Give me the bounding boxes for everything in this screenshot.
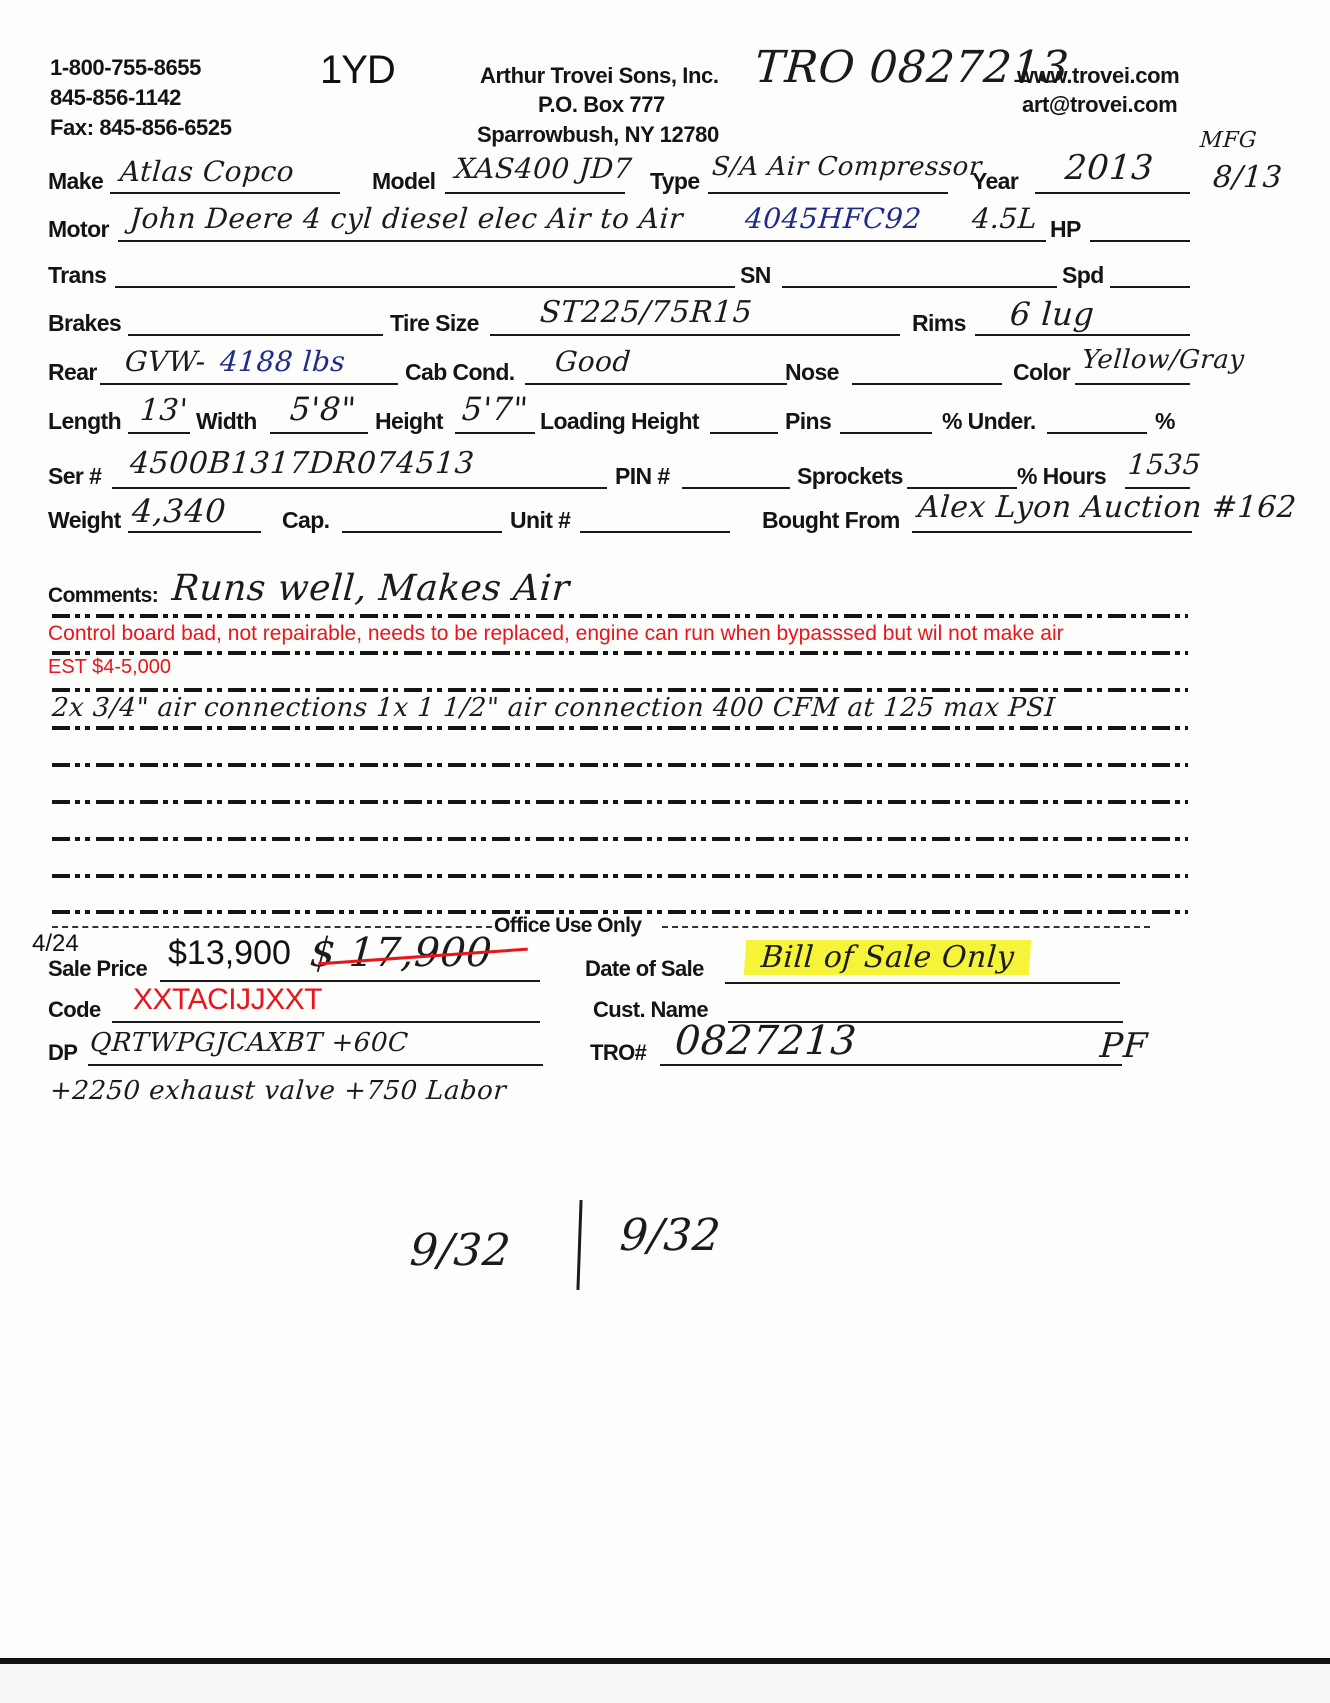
weight-line <box>128 531 261 533</box>
width-line <box>270 432 368 434</box>
hp-line[interactable] <box>1090 240 1190 242</box>
motor-label: Motor <box>48 216 109 243</box>
hours-value[interactable]: 1535 <box>1127 448 1203 481</box>
height-label: Height <box>375 408 443 435</box>
rear-gvw-weight[interactable]: 4188 lbs <box>219 345 347 378</box>
type-value[interactable]: S/A Air Compressor <box>711 152 983 182</box>
comment-line-6 <box>52 800 1188 804</box>
unit-line[interactable] <box>580 531 730 533</box>
pins-label: Pins <box>785 408 831 435</box>
brakes-line[interactable] <box>128 334 383 336</box>
trans-line[interactable] <box>115 286 735 288</box>
tro-line <box>660 1064 1122 1066</box>
color-value[interactable]: Yellow/Gray <box>1081 345 1246 375</box>
sale-price-label: Sale Price <box>48 956 147 982</box>
initials: PF <box>1099 1026 1149 1066</box>
comment-line-2 <box>52 651 1188 655</box>
model-label: Model <box>372 168 435 195</box>
comment-line-1 <box>52 614 1188 618</box>
scan-margin <box>0 1664 1330 1703</box>
pin-label: PIN # <box>615 463 670 490</box>
mfg-note-date: 8/13 <box>1212 160 1284 195</box>
office-use-label: Office Use Only <box>494 914 641 938</box>
date-of-sale-value[interactable]: Bill of Sale Only <box>744 940 1032 975</box>
tire-size-line <box>490 334 900 336</box>
ser-label: Ser # <box>48 463 101 490</box>
cap-label: Cap. <box>282 507 329 534</box>
rims-value[interactable]: 6 lug <box>1009 295 1096 333</box>
code-line <box>112 1021 540 1023</box>
hours-label: % Hours <box>1017 463 1106 490</box>
rims-label: Rims <box>912 310 966 337</box>
pct-under-suffix: % <box>1155 408 1175 435</box>
color-line <box>1075 383 1190 385</box>
pins-line[interactable] <box>840 432 932 434</box>
year-label: Year <box>972 168 1018 195</box>
office-divider-left <box>52 926 492 928</box>
nose-line[interactable] <box>852 383 1002 385</box>
office-divider-right <box>662 926 1150 928</box>
pct-under-label: % Under. <box>942 408 1036 435</box>
cab-cond-label: Cab Cond. <box>405 359 515 386</box>
nose-label: Nose <box>785 359 839 386</box>
mfg-note-label: MFG <box>1199 128 1258 153</box>
comment-line-4 <box>52 726 1188 730</box>
pin-line[interactable] <box>682 487 790 489</box>
dp-value[interactable]: QRTWPGJCAXBT +60C <box>89 1028 409 1058</box>
dp-line <box>88 1064 543 1066</box>
cab-cond-line <box>525 383 787 385</box>
height-line <box>455 432 535 434</box>
sn-line[interactable] <box>782 286 1057 288</box>
motor-line <box>118 240 1046 242</box>
motor-displacement[interactable]: 4.5L <box>971 202 1038 235</box>
year-value[interactable]: 2013 <box>1064 148 1155 188</box>
ser-value[interactable]: 4500B1317DR074513 <box>129 446 476 481</box>
date-of-sale-line <box>725 982 1120 984</box>
motor-value[interactable]: John Deere 4 cyl diesel elec Air to Air <box>129 202 684 235</box>
tire-size-value[interactable]: ST225/75R15 <box>539 295 754 330</box>
addon-costs-note: +2250 exhaust valve +750 Labor <box>49 1076 507 1106</box>
unit-label: Unit # <box>510 507 570 534</box>
ser-line <box>112 487 607 489</box>
bought-from-label: Bought From <box>762 507 900 534</box>
make-value[interactable]: Atlas Copco <box>119 155 295 188</box>
hours-line <box>1125 487 1190 489</box>
dp-label: DP <box>48 1040 77 1066</box>
comments-handwritten[interactable]: Runs well, Makes Air <box>171 568 571 609</box>
length-line <box>128 432 190 434</box>
cap-line[interactable] <box>342 531 502 533</box>
comments-estimate: EST $4-5,000 <box>48 656 171 679</box>
loading-height-label: Loading Height <box>540 408 699 435</box>
rear-line <box>100 383 398 385</box>
city-state-zip: Sparrowbush, NY 12780 <box>477 122 719 148</box>
bought-from-line <box>912 531 1192 533</box>
company-name: Arthur Trovei Sons, Inc. <box>480 63 719 89</box>
sn-label: SN <box>740 262 771 289</box>
phone-tollfree: 1-800-755-8655 <box>50 55 201 81</box>
tro-value[interactable]: 0827213 <box>673 1018 858 1064</box>
footer-divider <box>576 1200 582 1290</box>
tro-label: TRO# <box>590 1040 646 1066</box>
spd-line[interactable] <box>1110 286 1190 288</box>
pct-under-line[interactable] <box>1047 432 1147 434</box>
sale-date-note: 4/24 <box>32 930 79 958</box>
loading-height-line[interactable] <box>710 432 778 434</box>
brakes-label: Brakes <box>48 310 121 337</box>
date-of-sale-label: Date of Sale <box>585 956 704 982</box>
rear-label: Rear <box>48 359 97 386</box>
sprockets-label: Sprockets <box>797 463 903 490</box>
comment-line-5 <box>52 763 1188 767</box>
comments-label: Comments: <box>48 584 158 608</box>
comment-line-3 <box>52 688 1188 692</box>
spd-label: Spd <box>1062 262 1104 289</box>
weight-label: Weight <box>48 507 121 534</box>
rims-line <box>975 334 1190 336</box>
fax-number: Fax: 845-856-6525 <box>50 115 232 141</box>
width-label: Width <box>196 408 257 435</box>
cab-cond-value[interactable]: Good <box>554 345 632 378</box>
email-link[interactable]: art@trovei.com <box>1022 92 1177 118</box>
comments-connections-note[interactable]: 2x 3/4" air connections 1x 1 1/2" air co… <box>51 693 1056 723</box>
po-box: P.O. Box 777 <box>538 92 665 118</box>
sale-price-line <box>160 980 540 982</box>
color-label: Color <box>1013 359 1070 386</box>
type-line <box>708 192 948 194</box>
tire-size-label: Tire Size <box>390 310 479 337</box>
height-value[interactable]: 5'7" <box>461 390 530 428</box>
footer-note-right: 9/32 <box>618 1210 722 1261</box>
model-line <box>445 192 625 194</box>
stamp-code: 1YD <box>320 48 395 93</box>
year-line <box>1035 192 1190 194</box>
comments-repair-note: Control board bad, not repairable, needs… <box>48 622 1064 646</box>
motor-engine-model[interactable]: 4045HFC92 <box>744 202 923 235</box>
trans-label: Trans <box>48 262 106 289</box>
make-line <box>110 192 340 194</box>
comment-line-7 <box>52 837 1188 841</box>
width-value[interactable]: 5'8" <box>289 390 358 428</box>
hp-label: HP <box>1050 216 1081 243</box>
model-value[interactable]: XAS400 JD7 <box>454 152 633 185</box>
footer-note-left: 9/32 <box>408 1225 512 1276</box>
sale-price-current[interactable]: $13,900 <box>168 934 291 973</box>
sprockets-line[interactable] <box>907 487 1017 489</box>
comment-line-8 <box>52 874 1188 878</box>
make-label: Make <box>48 168 103 195</box>
weight-value[interactable]: 4,340 <box>131 492 228 530</box>
phone-local: 845-856-1142 <box>50 85 181 111</box>
type-label: Type <box>650 168 700 195</box>
code-label: Code <box>48 997 101 1023</box>
code-value[interactable]: XXTACIJJXXT <box>133 983 322 1017</box>
length-label: Length <box>48 408 121 435</box>
bought-from-value[interactable]: Alex Lyon Auction #162 <box>917 490 1298 525</box>
website-link[interactable]: www.trovei.com <box>1017 63 1179 89</box>
rear-value[interactable]: GVW- <box>124 345 207 378</box>
length-value[interactable]: 13' <box>139 393 189 428</box>
